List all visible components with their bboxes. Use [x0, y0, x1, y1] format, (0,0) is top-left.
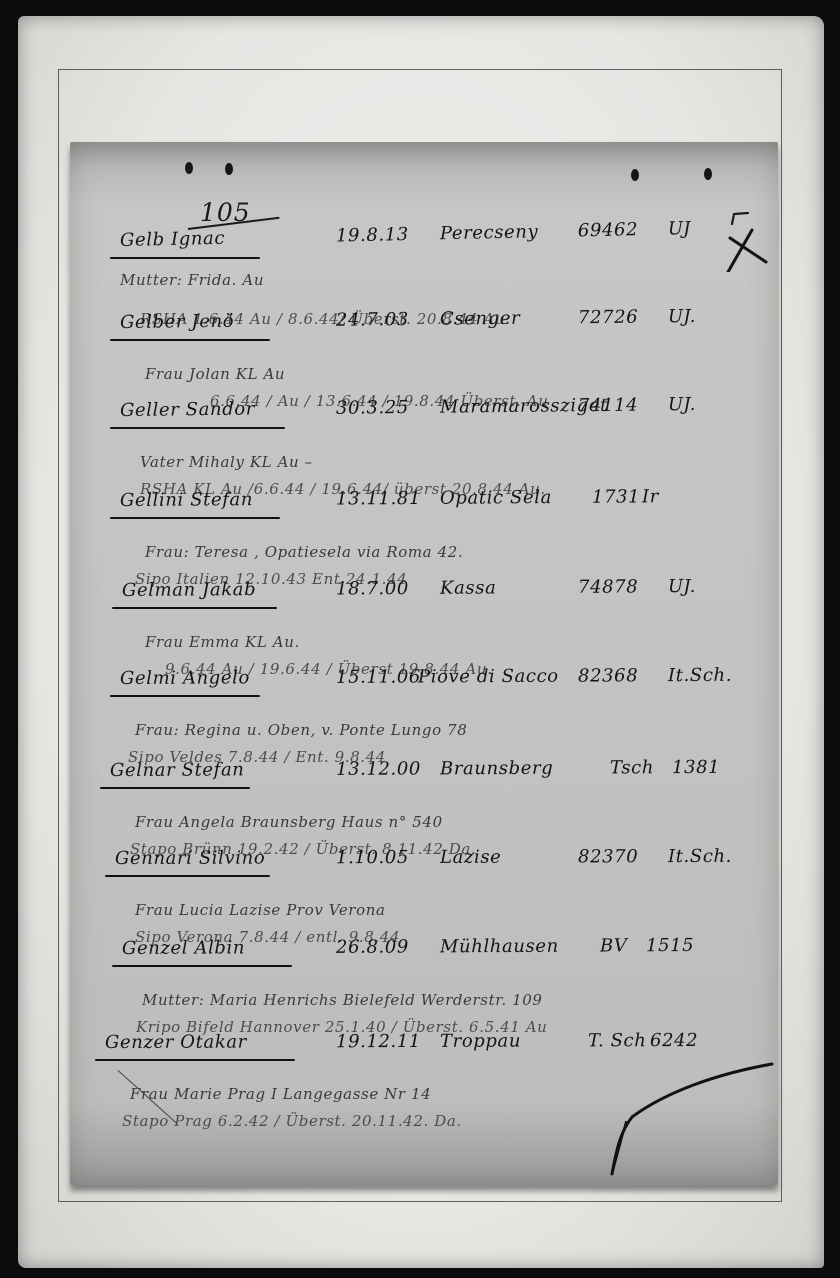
entry-relative-line: Frau Angela Braunsberg Haus n° 540 — [135, 813, 443, 831]
entry-name: Gelber Jenö — [120, 311, 234, 333]
entry-birth-date: 15.11.06 — [336, 666, 421, 687]
entry-relative-line: Vater Mihaly KL Au – — [140, 453, 313, 471]
entry-birth-date: 13.12.00 — [336, 758, 421, 779]
entry-prisoner-number: 1731 — [592, 486, 640, 507]
entry-name: Gelman Jakab — [122, 579, 256, 601]
entry-birth-date: 24.7.03 — [336, 309, 409, 331]
entry-birth-place: Piove di Sacco — [418, 666, 559, 688]
entry-category: Tsch — [610, 757, 654, 778]
entry-relative-line: Mutter: Frida. Au — [120, 271, 264, 289]
punch-hole — [225, 163, 233, 175]
punch-hole — [631, 169, 639, 181]
entry-name: Gelnar Stefan — [110, 759, 245, 781]
entry-birth-place: Perecseny — [440, 221, 539, 244]
punch-hole — [704, 168, 712, 180]
entry-name: Genzel Albin — [122, 937, 245, 959]
entry-relative-line: Frau Lucia Lazise Prov Verona — [135, 901, 386, 919]
entry-category: UJ. — [668, 576, 696, 597]
entry-birth-date: 18.7.00 — [336, 578, 409, 600]
entry-birth-date: 19.8.13 — [336, 224, 409, 247]
punch-hole — [185, 162, 193, 174]
entry-birth-date: 1.10.05 — [336, 847, 409, 868]
entry-name: Gellini Stefan — [120, 489, 253, 511]
entry-birth-place: Kassa — [440, 577, 497, 598]
corner-x-mark-icon — [726, 200, 770, 272]
entry-birth-date: 26.8.09 — [336, 936, 409, 957]
entry-relative-line: Frau Emma KL Au. — [145, 633, 300, 651]
entry-prisoner-number: 1381 — [672, 757, 720, 778]
entry-category: BV — [600, 935, 628, 956]
entry-birth-date: 13.11.81 — [336, 488, 421, 510]
entry-relative-line: Frau Jolan KL Au — [145, 365, 285, 383]
entry-name: Gelmi Angelo — [120, 667, 250, 689]
entry-prisoner-number: 1515 — [646, 935, 694, 956]
entry-category: UJ. — [668, 306, 696, 327]
entry-birth-place: Csenger — [440, 308, 520, 330]
entry-name: Genzer Otakar — [105, 1032, 247, 1053]
entry-prisoner-number: 82370 — [578, 846, 638, 867]
entry-category: It.Sch. — [668, 665, 732, 686]
entry-relative-line: Frau: Teresa , Opatiesela via Roma 42. — [145, 543, 463, 561]
check-mark-icon — [606, 1062, 776, 1180]
entry-relative-line: Frau: Regina u. Oben, v. Ponte Lungo 78 — [135, 721, 467, 739]
entry-birth-place: Braunsberg — [440, 758, 553, 780]
entry-category: UJ — [668, 218, 692, 239]
entry-category: It.Sch. — [668, 846, 732, 867]
entry-birth-place: Lazise — [440, 847, 501, 868]
entry-prisoner-number: 6242 — [650, 1030, 698, 1051]
entry-prisoner-number: 82368 — [578, 665, 638, 686]
entry-birth-place: Opatic Sela — [440, 487, 552, 509]
entry-relative-line: Frau Marie Prag I Langegasse Nr 14 — [130, 1085, 431, 1103]
entry-category: T. Sch — [588, 1030, 646, 1051]
entry-birth-date: 30.3.25 — [336, 397, 409, 419]
entry-relative-line: Mutter: Maria Henrichs Bielefeld Werders… — [142, 991, 543, 1009]
entry-name: Gelb Ignac — [120, 228, 225, 251]
entry-category: Ir — [642, 486, 659, 507]
entry-prisoner-number: 74878 — [578, 576, 638, 597]
entry-prisoner-number: 72726 — [578, 307, 638, 329]
entry-prisoner-number: 69462 — [578, 219, 639, 241]
entry-category: UJ. — [668, 394, 696, 415]
entry-name: Gennari Silvino — [115, 847, 265, 869]
entry-prisoner-number: 74114 — [578, 395, 638, 417]
entry-birth-date: 19.12.11 — [336, 1031, 421, 1052]
entry-birth-place: Mühlhausen — [440, 936, 559, 958]
entry-name: Geller Sandor — [120, 399, 255, 421]
entry-birth-place: Troppau — [440, 1031, 521, 1052]
